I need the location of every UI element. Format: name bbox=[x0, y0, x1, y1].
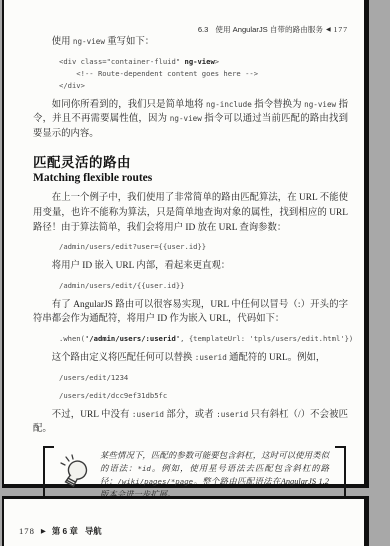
inline-code-userid: :userid bbox=[195, 353, 227, 362]
running-footer: 178▶第 6 章导航 bbox=[4, 499, 364, 537]
inline-code-ng-include: ng-include bbox=[206, 100, 252, 109]
book-page-178: 178▶第 6 章导航 bbox=[2, 496, 369, 546]
inline-code-wiki-path: /wiki/pages/*page bbox=[117, 477, 193, 486]
section-heading-en: Matching flexible routes bbox=[33, 172, 348, 184]
paragraph-embed: 将用户 ID 嵌入 URL 内部，看起来更直观： bbox=[33, 259, 348, 274]
book-page-177: 6.3使用 AngularJS 自带的路由服务◀177 使用 ng-view 重… bbox=[2, 0, 369, 488]
page-content: 6.3使用 AngularJS 自带的路由服务◀177 使用 ng-view 重… bbox=[4, 0, 364, 504]
inline-code-userid: :userid bbox=[216, 410, 248, 419]
inline-code-star-id: *id bbox=[138, 464, 151, 473]
code-block-ng-view: <div class="container-fluid" ng-view> <!… bbox=[59, 56, 348, 92]
inline-code-ng-view: ng-view bbox=[304, 100, 336, 109]
footer-page-number: 178 bbox=[19, 526, 35, 536]
paragraph-match: 这个路由定义将匹配任何可以替换 :userid 通配符的 URL。例如， bbox=[33, 351, 348, 366]
code-block-query-url: /admin/users/edit?user={{user.id}} bbox=[59, 241, 348, 253]
header-section-number: 6.3 bbox=[198, 25, 209, 34]
paragraph-explain: 如同你所看到的，我们只是简单地将 ng-include 指令替换为 ng-vie… bbox=[33, 98, 348, 142]
footer-chapter: 第 6 章 bbox=[52, 526, 78, 536]
code-block-url-example-1: /users/edit/1234 bbox=[59, 372, 348, 384]
paragraph-example: 在上一个例子中，我们使用了非常简单的路由匹配算法，在 URL 不能使用变量，也许… bbox=[33, 191, 348, 235]
paragraph-intro: 使用 ng-view 重写如下： bbox=[33, 35, 348, 50]
inline-code-userid: :userid bbox=[132, 410, 164, 419]
paragraph-not-matched: 不过，URL 中没有 :userid 部分，或者 :userid 只有斜杠（/）… bbox=[33, 408, 348, 437]
paragraph-angular-route: 有了 AngularJS 路由可以很容易实现，URL 中任何以冒号（:）开头的字… bbox=[33, 298, 348, 327]
inline-code-ng-view: ng-view bbox=[73, 37, 105, 46]
right-triangle-icon: ▶ bbox=[41, 528, 46, 535]
code-block-url-example-2: /users/edit/dcc9ef31db5fc bbox=[59, 390, 348, 402]
code-block-when-route: .when('/admin/users/:userid', {templateU… bbox=[59, 333, 348, 345]
code-block-embed-url: /admin/users/edit/{{user.id}} bbox=[59, 280, 348, 292]
section-heading-zh: 匹配灵活的路由 bbox=[33, 151, 348, 171]
inline-code-ng-view: ng-view bbox=[170, 114, 202, 123]
running-header: 6.3使用 AngularJS 自带的路由服务◀177 bbox=[33, 24, 348, 35]
left-triangle-icon: ◀ bbox=[326, 27, 331, 33]
header-page-number: 177 bbox=[334, 25, 348, 34]
header-section-title: 使用 AngularJS 自带的路由服务 bbox=[215, 25, 323, 34]
footer-chapter-title: 导航 bbox=[85, 526, 102, 536]
